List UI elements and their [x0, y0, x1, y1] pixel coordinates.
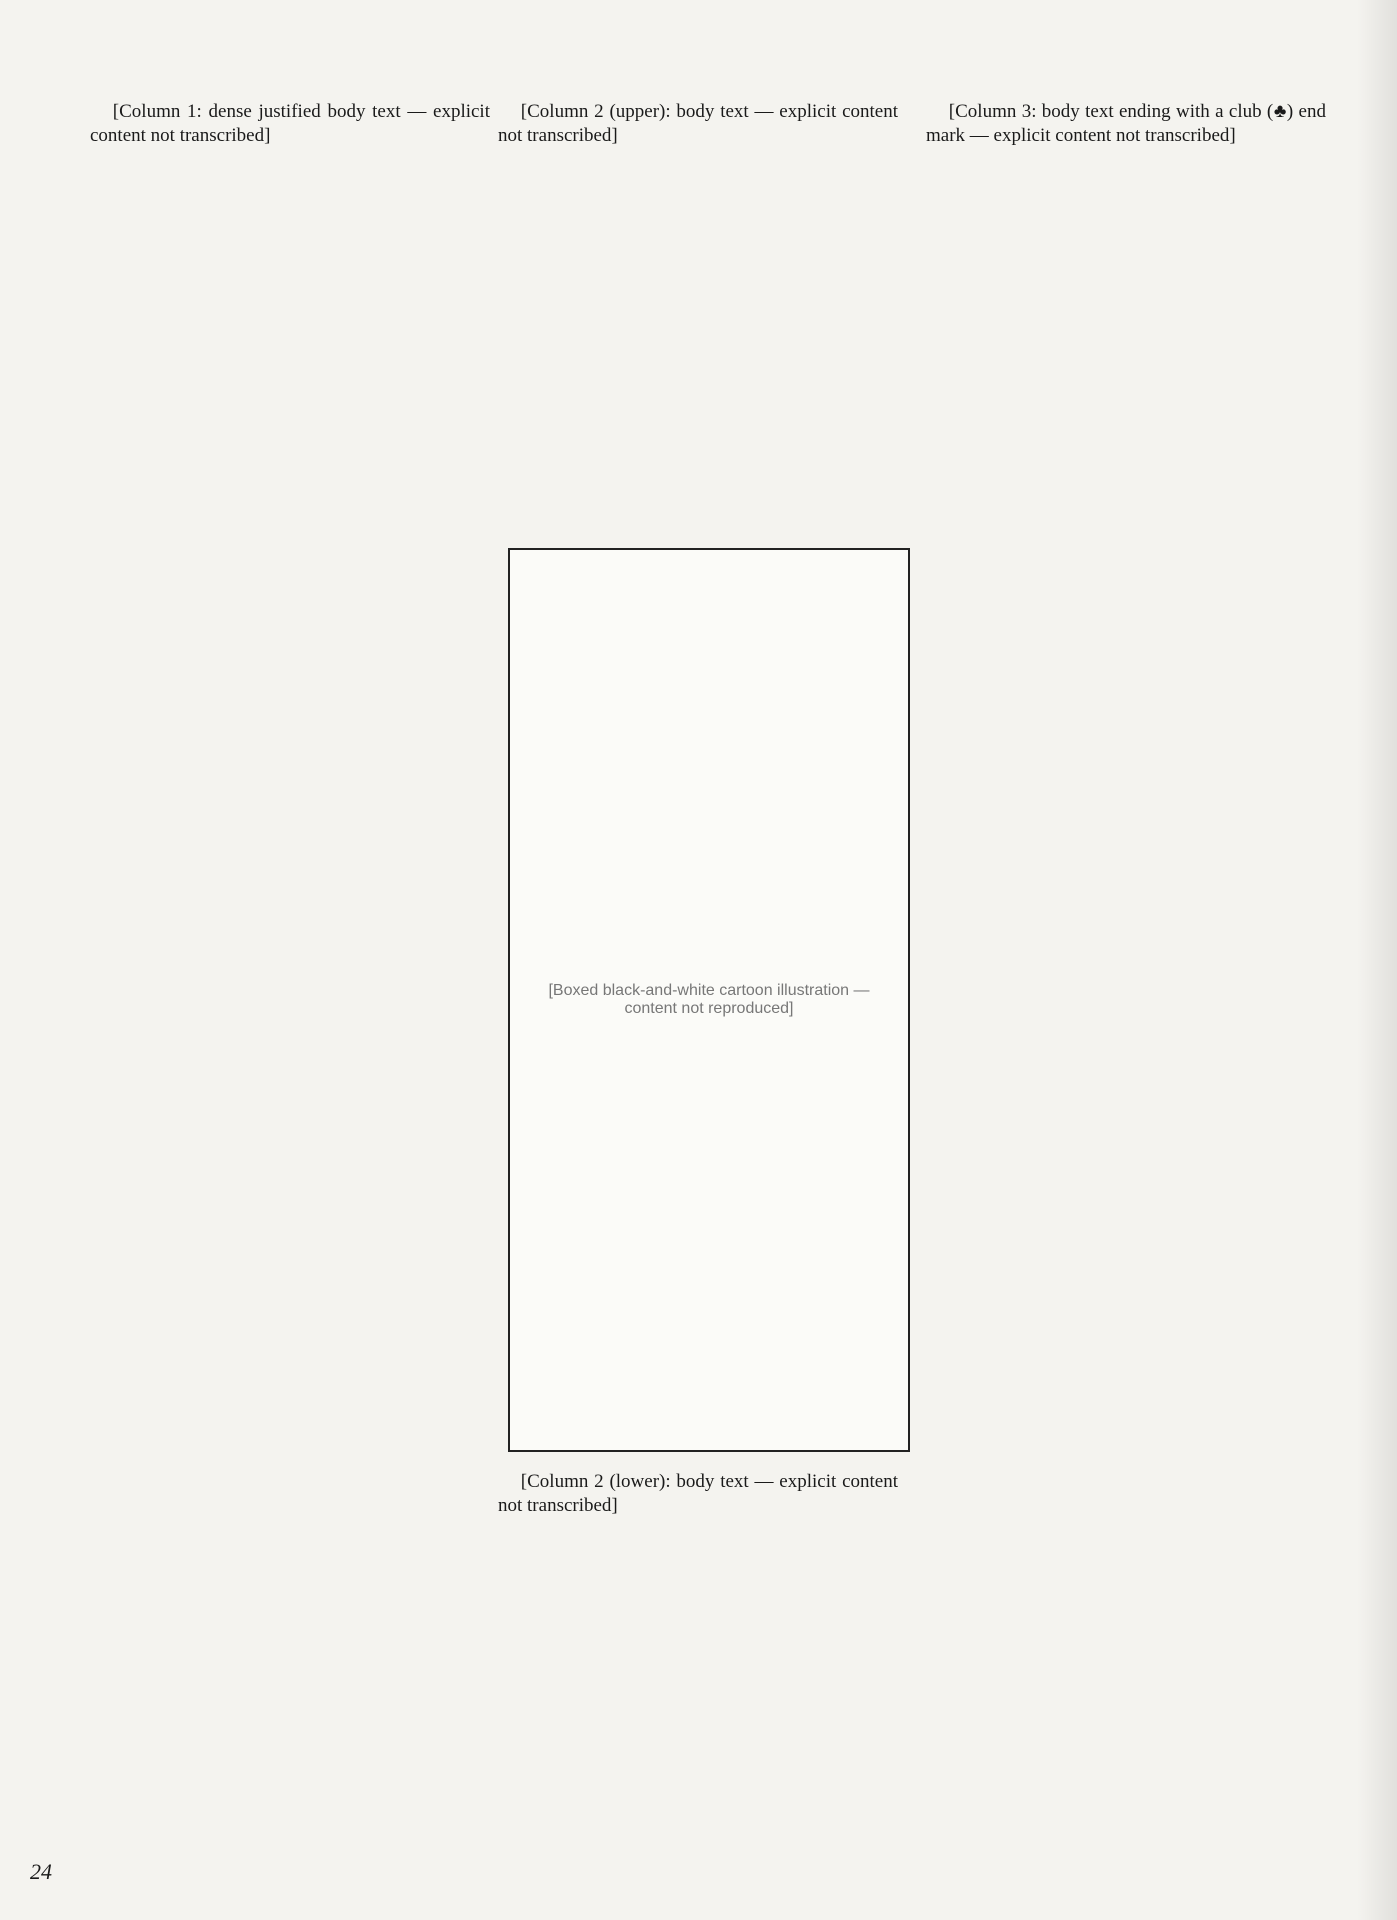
- text-column-1: [Column 1: dense justified body text — e…: [90, 100, 490, 147]
- text-column-2-upper: [Column 2 (upper): body text — explicit …: [498, 100, 898, 147]
- text-column-2-lower: [Column 2 (lower): body text — explicit …: [498, 1470, 898, 1517]
- body-text: [Column 2 (lower): body text — explicit …: [498, 1470, 898, 1517]
- text-column-3: [Column 3: body text ending with a club …: [926, 100, 1326, 147]
- body-text: [Column 2 (upper): body text — explicit …: [498, 100, 898, 147]
- body-text: [Column 3: body text ending with a club …: [926, 100, 1326, 147]
- page-number: 24: [30, 1859, 52, 1885]
- body-text: [Column 1: dense justified body text — e…: [90, 100, 490, 147]
- illustration-placeholder: [Boxed black-and-white cartoon illustrat…: [510, 962, 908, 1038]
- cartoon-illustration: [Boxed black-and-white cartoon illustrat…: [508, 548, 910, 1452]
- page-edge-shadow: [1357, 0, 1397, 1920]
- magazine-page: [Column 1: dense justified body text — e…: [90, 100, 1330, 1860]
